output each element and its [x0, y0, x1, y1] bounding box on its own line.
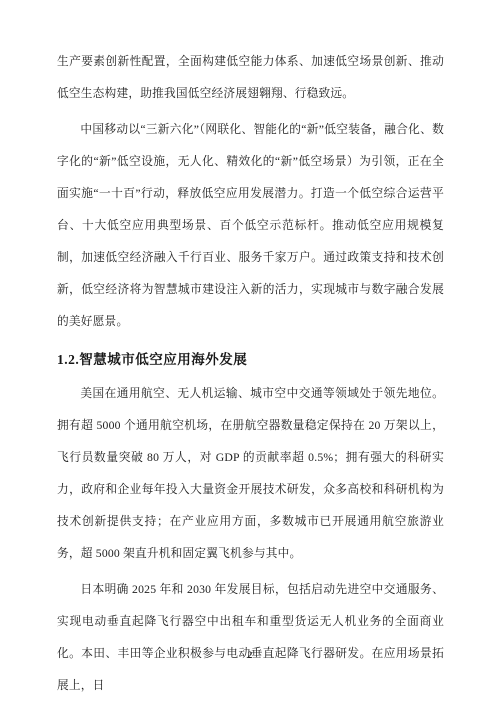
document-page: 生产要素创新性配置，全面构建低空能力体系、加速低空场景创新、推动低空生态构建，助… [0, 0, 500, 707]
page-number: 2 [0, 650, 500, 660]
document-body: 生产要素创新性配置，全面构建低空能力体系、加速低空场景创新、推动低空生态构建，助… [57, 46, 444, 706]
paragraph-japan: 日本明确 2025 年和 2030 年发展目标，包括启动先进空中交通服务、实现电… [57, 574, 444, 702]
paragraph-continuation: 生产要素创新性配置，全面构建低空能力体系、加速低空场景创新、推动低空生态构建，助… [57, 46, 444, 110]
paragraph-china-mobile: 中国移动以“三新六化”（网联化、智能化的“新”低空装备，融合化、数字化的“新”低… [57, 114, 444, 338]
section-heading: 1.2.智慧城市低空应用海外发展 [57, 348, 444, 372]
paragraph-usa: 美国在通用航空、无人机运输、城市空中交通等领域处于领先地位。拥有超 5000 个… [57, 378, 444, 570]
